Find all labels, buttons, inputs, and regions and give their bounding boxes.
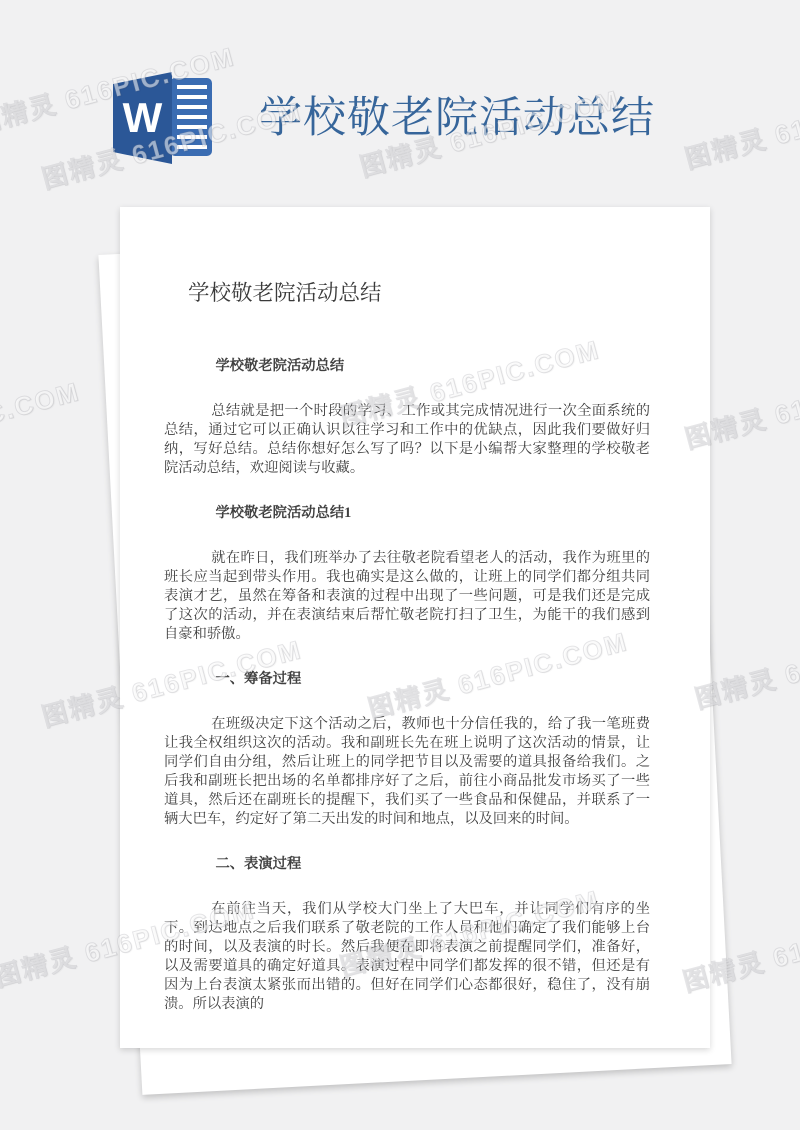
doc-paragraph: 在班级决定下这个活动之后，教师也十分信任我的，给了我一笔班费让我全权组织这次的活… bbox=[164, 715, 650, 829]
document-body: 学校敬老院活动总结 学校敬老院活动总结 总结就是把一个时段的学习、工作或其完成情… bbox=[164, 278, 650, 1014]
doc-paragraph: 在前往当天，我们从学校大门坐上了大巴车，并让同学们有序的坐下。到达地点之后我们联… bbox=[164, 900, 650, 1014]
document-title: 学校敬老院活动总结 bbox=[164, 278, 650, 308]
word-icon-text-lines bbox=[177, 85, 207, 149]
doc-section-heading: 一、筹备过程 bbox=[164, 670, 650, 689]
page-title: 学校敬老院活动总结 bbox=[259, 95, 655, 141]
paper-stack: 学校敬老院活动总结 学校敬老院活动总结 总结就是把一个时段的学习、工作或其完成情… bbox=[0, 0, 800, 1130]
doc-subheading: 学校敬老院活动总结 bbox=[164, 357, 650, 376]
doc-paragraph: 总结就是把一个时段的学习、工作或其完成情况进行一次全面系统的总结，通过它可以正确… bbox=[164, 402, 650, 478]
word-icon-w-flag: W bbox=[113, 72, 172, 164]
doc-section-heading: 二、表演过程 bbox=[164, 855, 650, 874]
doc-paragraph: 就在昨日，我们班举办了去往敬老院看望老人的活动，我作为班里的班长应当起到带头作用… bbox=[164, 549, 650, 644]
doc-section-heading: 学校敬老院活动总结1 bbox=[164, 504, 650, 523]
document-page: 学校敬老院活动总结 学校敬老院活动总结 总结就是把一个时段的学习、工作或其完成情… bbox=[120, 207, 710, 1048]
word-icon-document-part bbox=[170, 78, 212, 156]
page-header: W 学校敬老院活动总结 bbox=[112, 72, 655, 164]
word-icon: W bbox=[112, 72, 213, 164]
